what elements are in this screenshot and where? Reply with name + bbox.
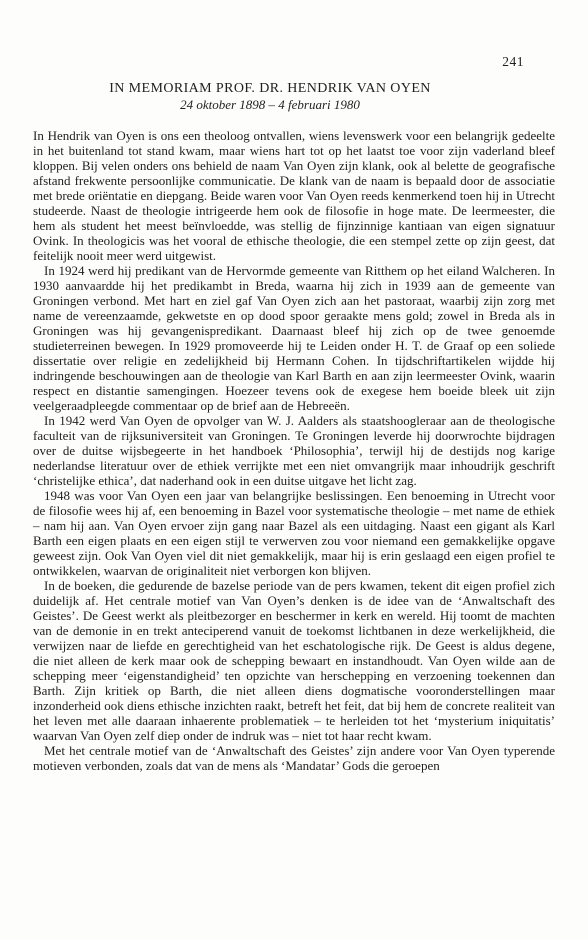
article-header: IN MEMORIAM PROF. DR. HENDRIK VAN OYEN 2…	[9, 81, 531, 112]
scanned-journal-page: 241 IN MEMORIAM PROF. DR. HENDRIK VAN OY…	[0, 0, 588, 940]
paragraph-3: In 1942 werd Van Oyen de opvolger van W.…	[33, 413, 555, 488]
paragraph-2: In 1924 werd hij predikant van de Hervor…	[33, 263, 555, 413]
page-number: 241	[502, 54, 524, 70]
paragraph-1: In Hendrik van Oyen is ons een theoloog …	[33, 128, 555, 263]
article-title: IN MEMORIAM PROF. DR. HENDRIK VAN OYEN	[9, 81, 531, 96]
paragraph-5: In de boeken, die gedurende de bazelse p…	[33, 578, 555, 743]
article-dates: 24 oktober 1898 – 4 februari 1980	[9, 97, 531, 112]
paragraph-6: Met het centrale motief van de ‘Anwaltsc…	[33, 743, 555, 773]
article-body: In Hendrik van Oyen is ons een theoloog …	[33, 128, 555, 773]
paragraph-4: 1948 was voor Van Oyen een jaar van bela…	[33, 488, 555, 578]
